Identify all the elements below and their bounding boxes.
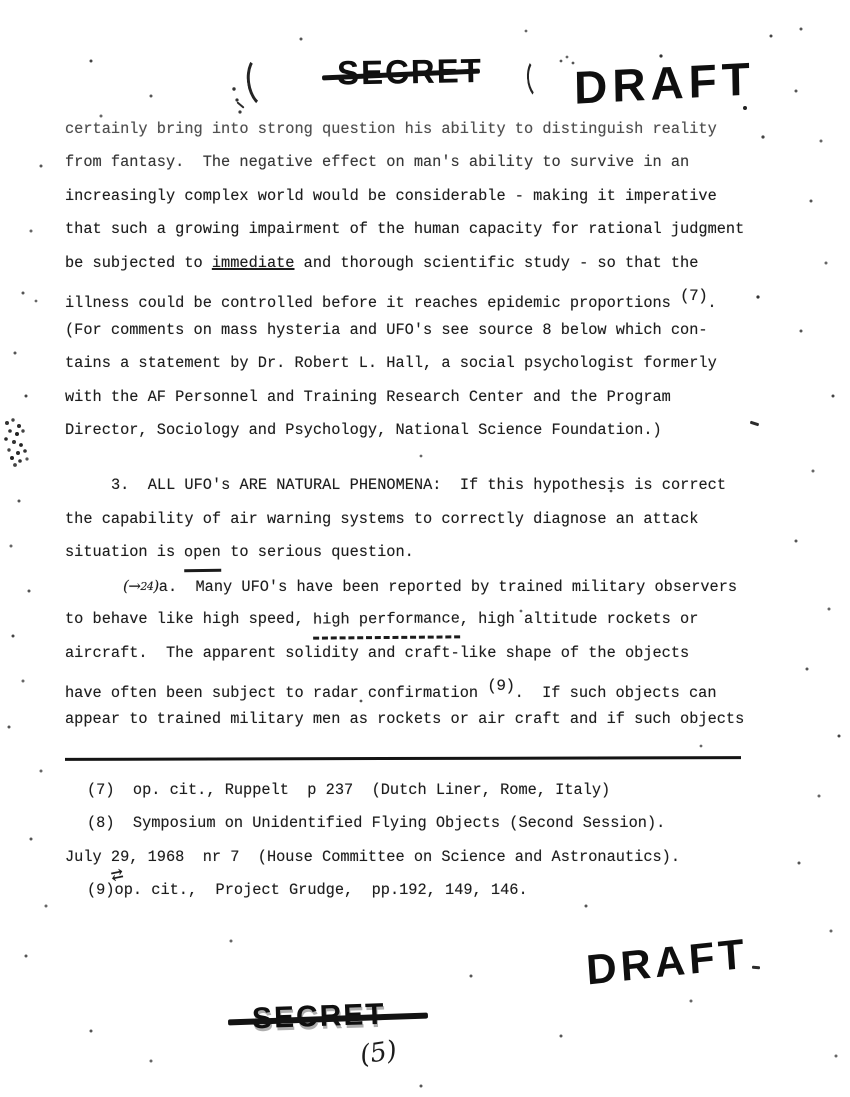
body-line: tains a statement by Dr. Robert L. Hall,… xyxy=(65,347,785,380)
body-line: Director, Sociology and Psychology, Nati… xyxy=(65,414,785,447)
ink-mark xyxy=(752,966,760,970)
body-text-segment: to serious question. xyxy=(221,543,414,561)
body-line: with the AF Personnel and Training Resea… xyxy=(65,381,785,414)
pen-underlined-word: open xyxy=(184,536,221,573)
body-line: (For comments on mass hysteria and UFO's… xyxy=(65,314,785,347)
body-text-segment: a. Many UFO's have been reported by trai… xyxy=(159,578,737,596)
body-line: the capability of air warning systems to… xyxy=(65,503,785,536)
body-text-segment: , high altitude rockets or xyxy=(460,610,699,628)
scanned-document-page: SECRET DRAFT certainly bring into strong… xyxy=(0,0,850,1097)
body-line: that such a growing impairment of the hu… xyxy=(65,213,785,246)
body-text-segment: to behave like high speed, xyxy=(65,610,313,628)
pen-paren-mark-icon xyxy=(243,52,284,110)
section-heading-line: 3. ALL UFO's ARE NATURAL PHENOMENA: If t… xyxy=(65,469,785,502)
draft-stamp-bottom: DRAFT xyxy=(585,930,750,995)
draft-stamp-top: DRAFT xyxy=(574,51,756,114)
handwritten-insert-annotation: (→ xyxy=(123,577,140,595)
body-line: have often been subject to radar confirm… xyxy=(65,670,785,703)
handwritten-page-number: (5) xyxy=(358,1035,399,1070)
body-text-segment: and thorough scientific study - so that … xyxy=(295,254,699,272)
body-text-segment: situation is xyxy=(65,543,184,561)
body-line: illness could be controlled before it re… xyxy=(65,280,785,313)
body-text-segment: . If such objects can xyxy=(515,684,717,702)
body-text-segment: be subjected to xyxy=(65,254,212,272)
body-line: certainly bring into strong question his… xyxy=(65,113,785,146)
underlined-word: immediate xyxy=(212,254,295,272)
body-line: (→24)a. Many UFO's have been reported by… xyxy=(65,570,785,603)
body-text-segment: illness could be controlled before it re… xyxy=(65,294,680,312)
body-text-segment: have often been subject to radar confirm… xyxy=(65,684,487,702)
body-line: increasingly complex world would be cons… xyxy=(65,180,785,213)
footnote-line: (9)⇄op. cit., Project Grudge, pp.192, 14… xyxy=(65,874,785,907)
pen-underlined-phrase: high performance xyxy=(313,602,460,640)
footnote-reference-9: (9) xyxy=(487,677,514,695)
ink-smudge-blob xyxy=(2,416,4,418)
body-text-segment: . xyxy=(707,294,716,312)
footnotes-block: (7) op. cit., Ruppelt p 237 (Dutch Liner… xyxy=(65,774,785,908)
scan-speckle-noise xyxy=(0,0,2,2)
footnote-line: (7) op. cit., Ruppelt p 237 (Dutch Liner… xyxy=(65,774,785,807)
body-text-segment: cit., Project Grudge, pp.192, 149, 146. xyxy=(142,881,528,899)
body-line: be subjected to immediate and thorough s… xyxy=(65,247,785,280)
pen-paren-mark-icon xyxy=(525,55,556,101)
body-line: aircraft. The apparent solidity and craf… xyxy=(65,637,785,670)
footnote-reference-7: (7) xyxy=(680,287,707,305)
body-line: appear to trained military men as rocket… xyxy=(65,703,785,736)
body-line: situation is open to serious question. xyxy=(65,536,785,569)
ink-mark xyxy=(236,101,244,108)
annotated-word: ⇄op. xyxy=(115,874,143,907)
footnote-separator-line xyxy=(65,756,741,761)
handwritten-insert-number: 24 xyxy=(140,580,153,593)
footnote-line: July 29, 1968 nr 7 (House Committee on S… xyxy=(65,841,785,874)
body-line: to behave like high speed, high performa… xyxy=(65,603,785,636)
footnote-line: (8) Symposium on Unidentified Flying Obj… xyxy=(65,807,785,840)
footnote-number: (9) xyxy=(87,881,115,899)
body-line: from fantasy. The negative effect on man… xyxy=(65,146,785,179)
document-body: certainly bring into strong question his… xyxy=(65,113,785,737)
